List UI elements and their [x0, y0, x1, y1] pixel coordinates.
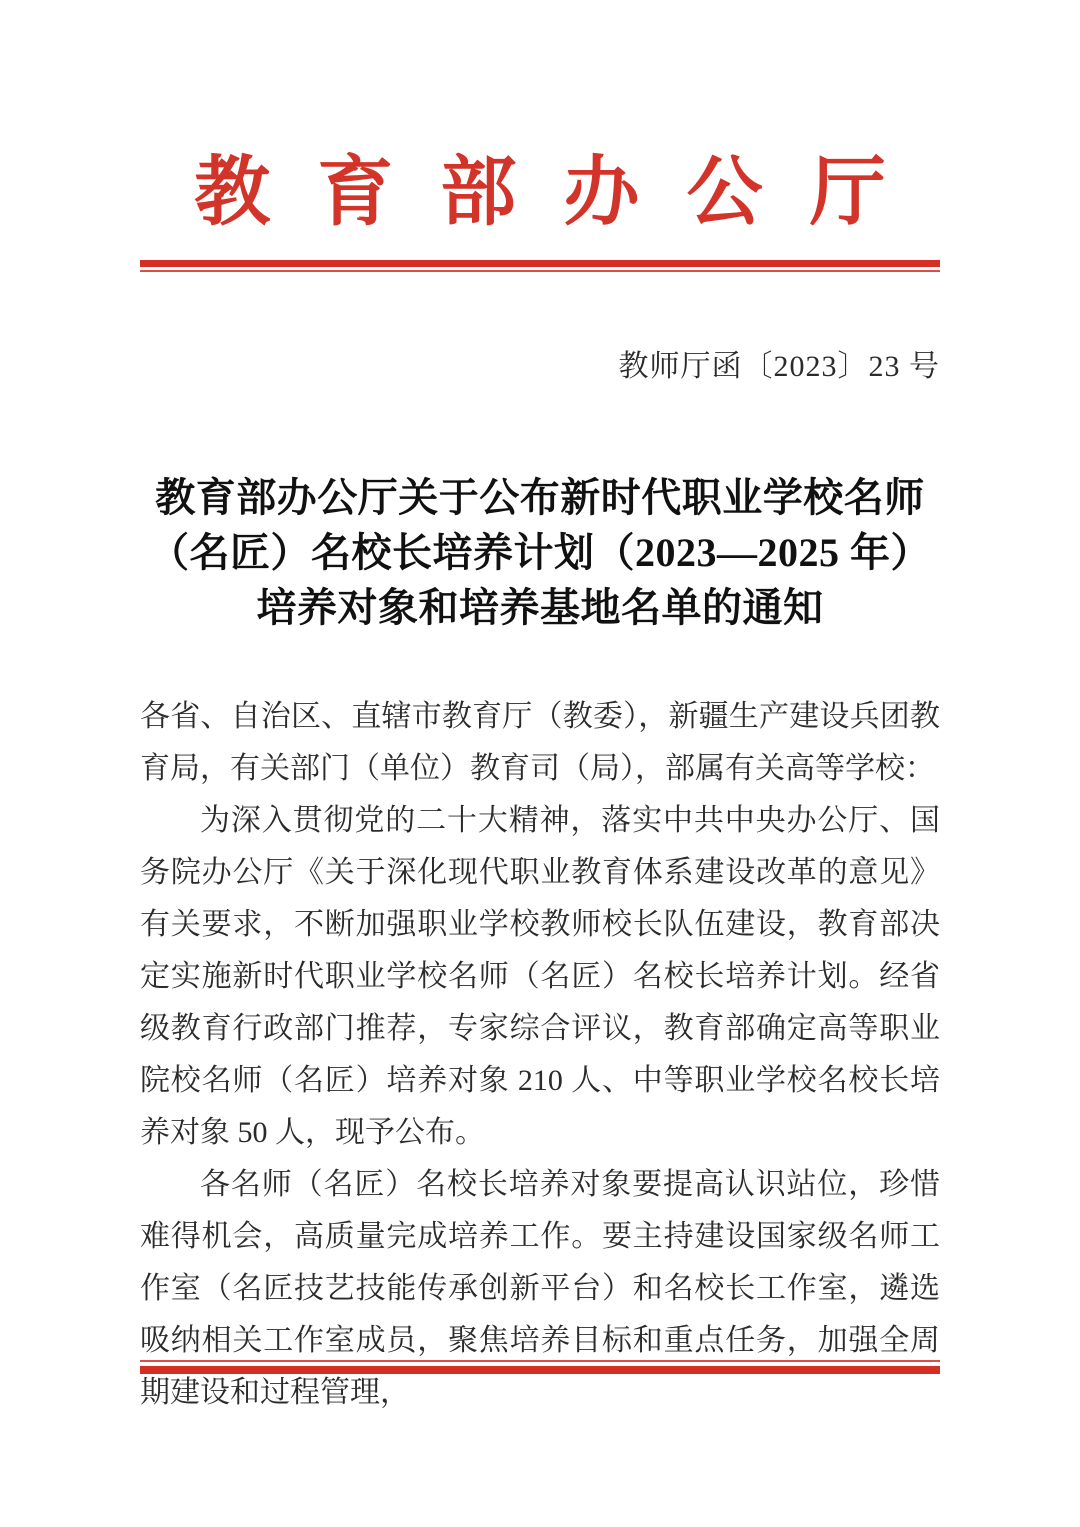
issuing-org-letterhead: 教育部办公厅 [0, 150, 1080, 236]
recipients-paragraph: 各省、自治区、直辖市教育厅（教委），新疆生产建设兵团教育局，有关部门（单位）教育… [140, 691, 940, 795]
body-paragraph-2: 各名师（名匠）名校长培养对象要提高认识站位，珍惜难得机会，高质量完成培养工作。要… [140, 1159, 940, 1419]
footer-divider [140, 1360, 940, 1374]
notice-title: 教育部办公厅关于公布新时代职业学校名师 （名匠）名校长培养计划（2023—202… [120, 470, 960, 635]
footer-divider-thin-line [140, 1360, 940, 1362]
header-divider [140, 260, 940, 272]
document-number: 教师厅函〔2023〕23 号 [0, 348, 940, 386]
document-page: 教育部办公厅 教师厅函〔2023〕23 号 教育部办公厅关于公布新时代职业学校名… [0, 0, 1080, 1527]
body-paragraph-1: 为深入贯彻党的二十大精神，落实中共中央办公厅、国务院办公厅《关于深化现代职业教育… [140, 795, 940, 1159]
notice-body: 各省、自治区、直辖市教育厅（教委），新疆生产建设兵团教育局，有关部门（单位）教育… [140, 691, 940, 1419]
footer-divider-thick-line [140, 1366, 940, 1374]
notice-title-line-3: 培养对象和培养基地名单的通知 [120, 580, 960, 635]
notice-title-line-2: （名匠）名校长培养计划（2023—2025 年） [120, 525, 960, 580]
notice-title-line-1: 教育部办公厅关于公布新时代职业学校名师 [120, 470, 960, 525]
header-divider-thin-line [140, 270, 940, 272]
header-divider-thick-line [140, 260, 940, 267]
